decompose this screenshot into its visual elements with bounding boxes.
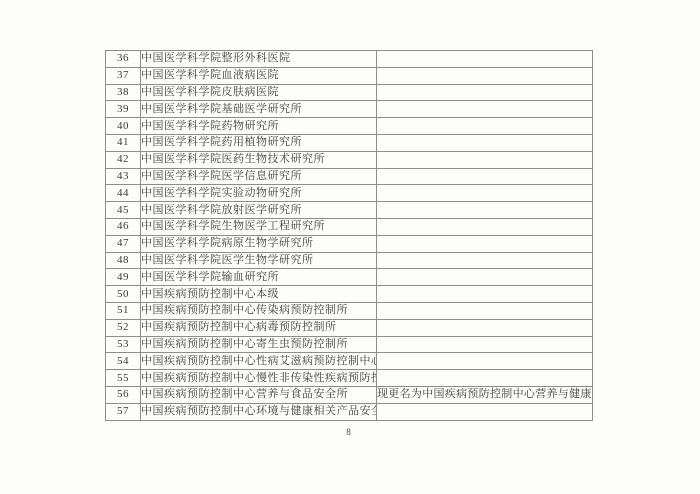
row-number-cell: 42	[106, 151, 141, 168]
institution-name-cell: 中国医学科学院整形外科医院	[141, 51, 377, 68]
row-number-cell: 51	[106, 302, 141, 319]
remark-cell	[377, 235, 593, 252]
row-number-cell: 50	[106, 286, 141, 303]
row-number-cell: 57	[106, 403, 141, 420]
institution-name-cell: 中国医学科学院医学信息研究所	[141, 168, 377, 185]
table-row: 45 中国医学科学院放射医学研究所	[106, 202, 593, 219]
institution-name-cell: 中国疾病预防控制中心慢性非传染性疾病预防控制中心	[141, 370, 377, 387]
table-row: 49 中国医学科学院输血研究所	[106, 269, 593, 286]
table-row: 46 中国医学科学院生物医学工程研究所	[106, 218, 593, 235]
table-row: 42 中国医学科学院医药生物技术研究所	[106, 151, 593, 168]
table-body: 36 中国医学科学院整形外科医院 37 中国医学科学院血液病医院 38 中国医学…	[106, 51, 593, 421]
row-number-cell: 44	[106, 185, 141, 202]
table-row: 53 中国疾病预防控制中心寄生虫预防控制所	[106, 336, 593, 353]
row-number-cell: 52	[106, 319, 141, 336]
institution-name-cell: 中国医学科学院血液病医院	[141, 67, 377, 84]
table-row: 38 中国医学科学院皮肤病医院	[106, 84, 593, 101]
table-row: 43 中国医学科学院医学信息研究所	[106, 168, 593, 185]
institution-name-cell: 中国疾病预防控制中心性病艾滋病预防控制中心	[141, 353, 377, 370]
remark-cell	[377, 252, 593, 269]
table-row: 50 中国疾病预防控制中心本级	[106, 286, 593, 303]
remark-cell	[377, 286, 593, 303]
row-number-cell: 54	[106, 353, 141, 370]
remark-cell	[377, 353, 593, 370]
row-number-cell: 43	[106, 168, 141, 185]
remark-cell	[377, 336, 593, 353]
institution-name-cell: 中国疾病预防控制中心寄生虫预防控制所	[141, 336, 377, 353]
table-row: 57 中国疾病预防控制中心环境与健康相关产品安全所	[106, 403, 593, 420]
table-row: 56 中国疾病预防控制中心营养与食品安全所 现更名为中国疾病预防控制中心营养与健…	[106, 386, 593, 403]
row-number-cell: 40	[106, 118, 141, 135]
table-row: 41 中国医学科学院药用植物研究所	[106, 134, 593, 151]
document-page: 36 中国医学科学院整形外科医院 37 中国医学科学院血液病医院 38 中国医学…	[0, 0, 700, 494]
institution-name-cell: 中国医学科学院医学生物学研究所	[141, 252, 377, 269]
institution-name-cell: 中国疾病预防控制中心传染病预防控制所	[141, 302, 377, 319]
institution-name-cell: 中国疾病预防控制中心病毒预防控制所	[141, 319, 377, 336]
row-number-cell: 37	[106, 67, 141, 84]
institution-name-cell: 中国疾病预防控制中心本级	[141, 286, 377, 303]
row-number-cell: 41	[106, 134, 141, 151]
institution-table: 36 中国医学科学院整形外科医院 37 中国医学科学院血液病医院 38 中国医学…	[105, 50, 593, 421]
remark-cell	[377, 202, 593, 219]
table-row: 48 中国医学科学院医学生物学研究所	[106, 252, 593, 269]
table-row: 39 中国医学科学院基础医学研究所	[106, 101, 593, 118]
page-number: 8	[105, 427, 592, 437]
remark-cell	[377, 185, 593, 202]
institution-name-cell: 中国医学科学院放射医学研究所	[141, 202, 377, 219]
remark-cell	[377, 51, 593, 68]
remark-cell	[377, 101, 593, 118]
row-number-cell: 47	[106, 235, 141, 252]
row-number-cell: 38	[106, 84, 141, 101]
institution-name-cell: 中国医学科学院药用植物研究所	[141, 134, 377, 151]
remark-cell	[377, 134, 593, 151]
remark-cell	[377, 151, 593, 168]
remark-cell	[377, 84, 593, 101]
remark-cell	[377, 118, 593, 135]
institution-name-cell: 中国疾病预防控制中心环境与健康相关产品安全所	[141, 403, 377, 420]
table-row: 36 中国医学科学院整形外科医院	[106, 51, 593, 68]
row-number-cell: 39	[106, 101, 141, 118]
row-number-cell: 49	[106, 269, 141, 286]
row-number-cell: 46	[106, 218, 141, 235]
table-row: 40 中国医学科学院药物研究所	[106, 118, 593, 135]
remark-cell	[377, 269, 593, 286]
institution-name-cell: 中国医学科学院医药生物技术研究所	[141, 151, 377, 168]
institution-name-cell: 中国医学科学院生物医学工程研究所	[141, 218, 377, 235]
row-number-cell: 53	[106, 336, 141, 353]
row-number-cell: 45	[106, 202, 141, 219]
institution-name-cell: 中国疾病预防控制中心营养与食品安全所	[141, 386, 377, 403]
remark-cell	[377, 370, 593, 387]
remark-cell	[377, 67, 593, 84]
table-row: 55 中国疾病预防控制中心慢性非传染性疾病预防控制中心	[106, 370, 593, 387]
row-number-cell: 36	[106, 51, 141, 68]
row-number-cell: 56	[106, 386, 141, 403]
institution-name-cell: 中国医学科学院输血研究所	[141, 269, 377, 286]
remark-cell: 现更名为中国疾病预防控制中心营养与健康所	[377, 386, 593, 403]
table-row: 52 中国疾病预防控制中心病毒预防控制所	[106, 319, 593, 336]
remark-cell	[377, 403, 593, 420]
table-row: 54 中国疾病预防控制中心性病艾滋病预防控制中心	[106, 353, 593, 370]
table-row: 51 中国疾病预防控制中心传染病预防控制所	[106, 302, 593, 319]
remark-cell	[377, 319, 593, 336]
remark-cell	[377, 302, 593, 319]
institution-name-cell: 中国医学科学院药物研究所	[141, 118, 377, 135]
table-row: 37 中国医学科学院血液病医院	[106, 67, 593, 84]
row-number-cell: 55	[106, 370, 141, 387]
table-row: 47 中国医学科学院病原生物学研究所	[106, 235, 593, 252]
row-number-cell: 48	[106, 252, 141, 269]
institution-name-cell: 中国医学科学院皮肤病医院	[141, 84, 377, 101]
institution-name-cell: 中国医学科学院实验动物研究所	[141, 185, 377, 202]
remark-cell	[377, 168, 593, 185]
institution-name-cell: 中国医学科学院基础医学研究所	[141, 101, 377, 118]
remark-cell	[377, 218, 593, 235]
institution-name-cell: 中国医学科学院病原生物学研究所	[141, 235, 377, 252]
table-row: 44 中国医学科学院实验动物研究所	[106, 185, 593, 202]
